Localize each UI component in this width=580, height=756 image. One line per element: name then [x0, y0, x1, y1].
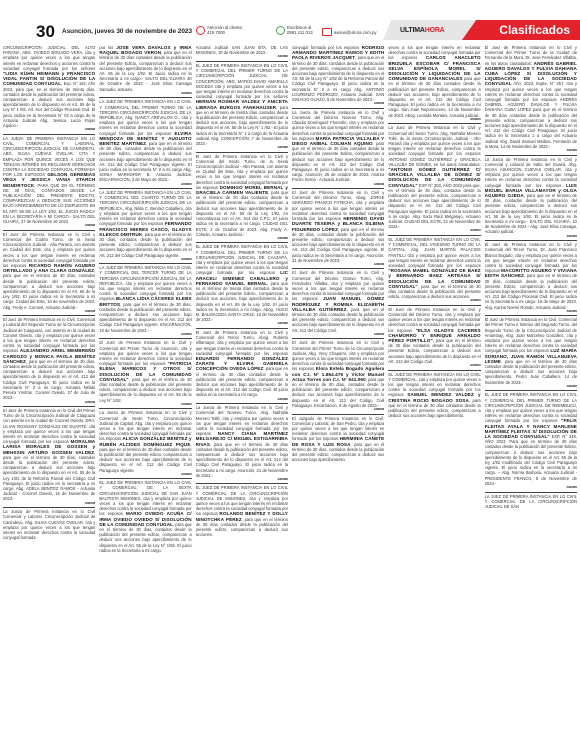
legal-notice: LA JUEZ DE PRIMERA INSTANCIA EN LO CIVIL…: [99, 188, 191, 262]
legal-notice: La Jueza de Primera Instancia en lo Civi…: [3, 507, 95, 541]
column-3: Actuaria Judicial SAN JUAN BTA. DE LAS M…: [196, 44, 288, 754]
legal-notice: El Juez de Primera Instancia en lo Civil…: [3, 315, 95, 405]
legal-notice: El Juzgado de Primera Instancia en lo Ci…: [292, 414, 384, 464]
phone-icon: [196, 26, 205, 35]
column-6: El Juez de Primera Instancia en lo Civil…: [485, 44, 577, 754]
legal-notice: La Jueza de Primera Instancia en lo Civi…: [485, 155, 577, 240]
legal-notice: EL JUEZ DE PRIMERA INSTANCIA EN LO CIVIL…: [485, 390, 577, 490]
legal-notice: El Juez de Primera Instancia en lo Civil…: [292, 268, 384, 337]
legal-notice: EL JUEZ DE PRIMERA INSTANCIA EN LO CIVIL…: [388, 235, 480, 304]
column-1: CIRCUNSCRIPCIÓN JUDICIAL DEL ALTO PARANÁ…: [3, 44, 95, 754]
legal-notice: La Jueza de Primera Instancia en lo Civi…: [292, 108, 384, 187]
legal-notice: LA JUEZ DE PRIMERA INSTANCIA EN LO CIVIL…: [99, 97, 191, 187]
brand-logo: ULTIMAHORA: [400, 27, 445, 34]
legal-notice: LA JUEZ DE PRIMERA INSTANCIA EN LO CIVIL…: [485, 492, 577, 511]
customer-service-contact[interactable]: Atención al cliente: 415 7000: [196, 25, 243, 35]
legal-notice: CIRCUNSCRIPCIÓN JUDICIAL DEL ALTO PARANÁ…: [3, 44, 95, 133]
column-5: veces a los que tengan interés en reclam…: [388, 44, 480, 754]
mail-icon: [322, 28, 332, 36]
legal-notice: LA JUEZ DE PRIMERA INSTANCIA EN LO CIVIL…: [99, 263, 191, 337]
legal-notice: EL JUEZ DE PRIMERA INSTANCIA EN LO CIVIL…: [99, 478, 191, 554]
legal-notice: EL JUEZ DE PRIMERA INSTANCIA EN LO CIVIL…: [196, 242, 288, 327]
email-contact[interactable]: avisos@uhora.com.py: [322, 28, 377, 36]
legal-notice: El Juez de Primera Instancia en lo Civil…: [485, 44, 577, 154]
classifieds-columns: CIRCUNSCRIPCIÓN JUDICIAL DEL ALTO PARANÁ…: [3, 44, 577, 754]
legal-notice: La Juez de Primera Instancia en lo Civil…: [388, 123, 480, 234]
legal-notice: LA JUEZA DE PRIMERA INSTANCIA EN LO CIVI…: [3, 134, 95, 229]
page-number: 30: [36, 22, 55, 42]
legal-notice: veces a los que tengan interés en reclam…: [388, 44, 480, 122]
legal-notice: El Juez de Primera Instancia en lo Civil…: [485, 240, 577, 314]
legal-notice: El Juez de Primera Instancia en lo Civil…: [485, 315, 577, 389]
legal-notice: El Juez de Primera Instancia en lo Civil…: [99, 338, 191, 407]
column-4: conyugal formada por los esposos RODRIGO…: [292, 44, 384, 754]
legal-notice: EL JUEZ DE PRIMERA INSTANCIA EN LO CIVIL…: [388, 370, 480, 420]
legal-notice: El Juez de Primera Instancia en lo Civil…: [196, 152, 288, 242]
issue-date: Asunción, jueves 30 de noviembre de 2023: [62, 28, 192, 35]
legal-notice: EL JUEZ DE PRIMERA INSTANCIA EN LO CIVIL…: [196, 61, 288, 151]
page-header: 30 Asunción, jueves 30 de noviembre de 2…: [0, 20, 580, 42]
legal-notice: El Juez de Primera Instancia en lo Civil…: [292, 188, 384, 267]
whatsapp-icon: [276, 26, 285, 35]
legal-notice: El Juez de Primera Instancia en lo Civil…: [388, 305, 480, 369]
legal-notice: La Jueza de Primera Instancia en lo Civi…: [99, 408, 191, 477]
legal-notice: por los JOSE VERA DAVALOS y IRMA RAQUEL …: [99, 44, 191, 96]
legal-notice: EL JUEZ DE PRIMERA INSTANCIA EN LO CIVIL…: [196, 483, 288, 538]
whatsapp-contact[interactable]: Escribinos al 0981 111 013: [276, 25, 313, 35]
legal-notice: conyugal formada por los esposos RODRIGO…: [292, 44, 384, 107]
legal-notice: El Juez de Primera Instancia en lo Civil…: [196, 328, 288, 402]
legal-notice: El Juez de Primera Instancia en lo Civil…: [3, 406, 95, 506]
section-title: Clasificados: [462, 20, 580, 40]
legal-notice: Actuaria Judicial SAN JUAN BTA. DE LAS M…: [196, 44, 288, 60]
column-2: por los JOSE VERA DAVALOS y IRMA RAQUEL …: [99, 44, 191, 754]
legal-notice: La Jueza de Primera Instancia en lo Civi…: [196, 403, 288, 482]
legal-notice: El Juez de Primera Instancia en lo Civil…: [292, 338, 384, 412]
legal-notice: El Juez de Primera Instancia en lo Civil…: [3, 230, 95, 315]
